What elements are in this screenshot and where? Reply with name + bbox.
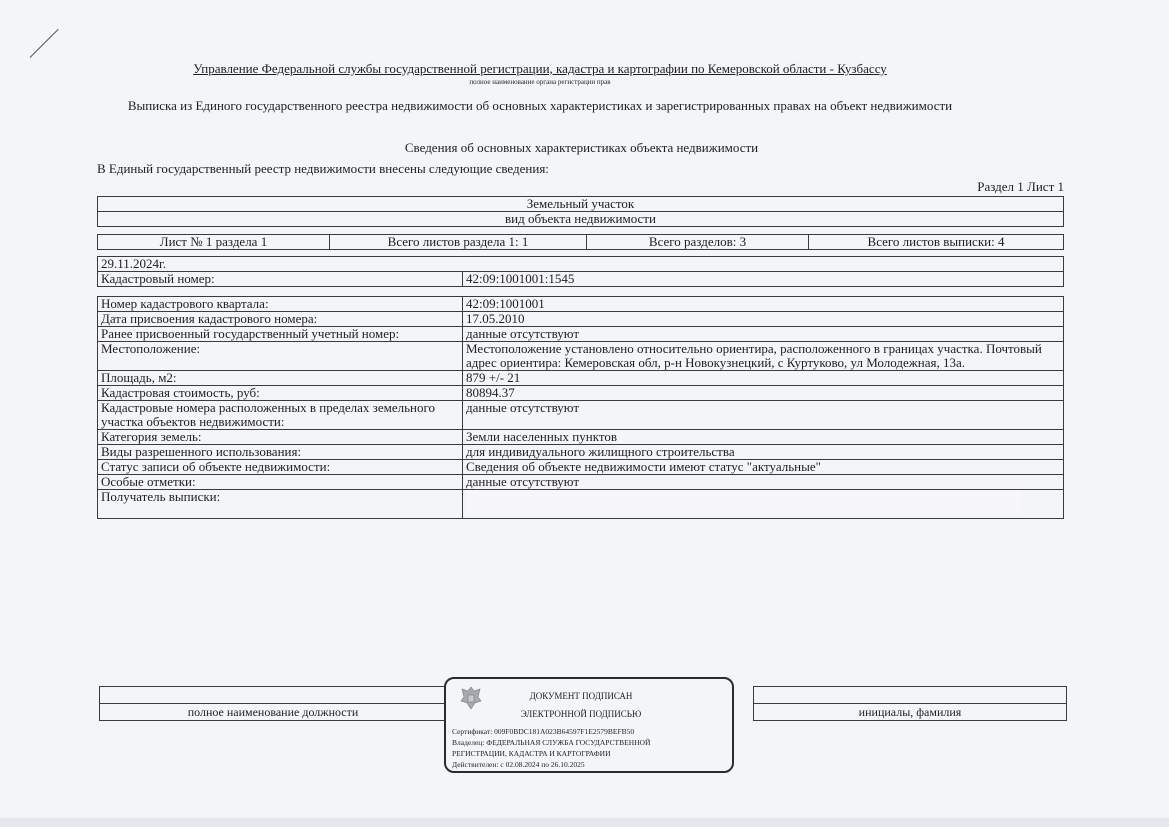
row-label: Ранее присвоенный государственный учетны… — [98, 327, 463, 342]
row-value: Сведения об объекте недвижимости имеют с… — [463, 460, 1064, 475]
sheets-info-table: Лист № 1 раздела 1 Всего листов раздела … — [97, 234, 1064, 250]
intro-text: В Единый государственный реестр недвижим… — [97, 161, 549, 177]
table-row: Особые отметки: данные отсутствуют — [98, 475, 1064, 490]
table-row: Площадь, м2: 879 +/- 21 — [98, 371, 1064, 386]
total-sections: Всего разделов: 3 — [587, 235, 809, 250]
row-value: для индивидуального жилищного строительс… — [463, 445, 1064, 460]
position-caption: полное наименование должности — [100, 704, 447, 721]
name-caption: инициалы, фамилия — [754, 704, 1067, 721]
registration-authority-caption: полное наименование органа регистрации п… — [0, 78, 1080, 86]
row-label: Кадастровая стоимость, руб: — [98, 386, 463, 401]
object-type-table: Земельный участок вид объекта недвижимос… — [97, 196, 1064, 227]
table-row: Получатель выписки: — [98, 490, 1064, 519]
row-label: Статус записи об объекте недвижимости: — [98, 460, 463, 475]
sheet-number: Лист № 1 раздела 1 — [98, 235, 330, 250]
cadastral-number-table: 29.11.2024г. Кадастровый номер: 42:09:10… — [97, 256, 1064, 287]
document-page: Управление Федеральной службы государств… — [0, 0, 1169, 827]
cadastral-number-value: 42:09:1001001:1545 — [463, 272, 1064, 287]
row-value: Местоположение установлено относительно … — [463, 342, 1064, 371]
characteristics-table: Номер кадастрового квартала: 42:09:10010… — [97, 296, 1064, 519]
stamp-owner-line2: РЕГИСТРАЦИИ, КАДАСТРА И КАРТОГРАФИИ — [452, 749, 611, 758]
row-value: данные отсутствуют — [463, 327, 1064, 342]
table-row: Номер кадастрового квартала: 42:09:10010… — [98, 297, 1064, 312]
row-label: Особые отметки: — [98, 475, 463, 490]
stamp-certificate: Сертификат: 009F0BDC181A023B64597F1E2579… — [452, 727, 634, 736]
table-row: Кадастровые номера расположенных в преде… — [98, 401, 1064, 430]
scan-bottom-edge — [0, 818, 1169, 827]
table-row: Категория земель: Земли населенных пункт… — [98, 430, 1064, 445]
row-label: Местоположение: — [98, 342, 463, 371]
stamp-owner-line1: Владелец: ФЕДЕРАЛЬНАЯ СЛУЖБА ГОСУДАРСТВЕ… — [452, 738, 650, 747]
receiver-value-redacted — [463, 490, 1064, 519]
row-value: 80894.37 — [463, 386, 1064, 401]
stamp-title-line2: ЭЛЕКТРОННОЙ ПОДПИСЬЮ — [446, 709, 716, 719]
stamp-title-line1: ДОКУМЕНТ ПОДПИСАН — [446, 691, 716, 701]
redaction-block — [466, 490, 1021, 514]
total-sheets: Всего листов выписки: 4 — [809, 235, 1064, 250]
registration-authority-name: Управление Федеральной службы государств… — [0, 61, 1080, 77]
row-value: 42:09:1001001 — [463, 297, 1064, 312]
row-value: 17.05.2010 — [463, 312, 1064, 327]
object-type: Земельный участок — [98, 197, 1064, 212]
row-label: Номер кадастрового квартала: — [98, 297, 463, 312]
row-label: Площадь, м2: — [98, 371, 463, 386]
row-label: Получатель выписки: — [98, 490, 463, 519]
row-value: Земли населенных пунктов — [463, 430, 1064, 445]
stamp-validity: Действителен: с 02.08.2024 по 26.10.2025 — [452, 760, 585, 769]
row-label: Категория земель: — [98, 430, 463, 445]
table-row: Дата присвоения кадастрового номера: 17.… — [98, 312, 1064, 327]
row-value: данные отсутствуют — [463, 475, 1064, 490]
table-row: Статус записи об объекте недвижимости: С… — [98, 460, 1064, 475]
table-row: Кадастровая стоимость, руб: 80894.37 — [98, 386, 1064, 401]
extract-date: 29.11.2024г. — [98, 257, 1064, 272]
table-row: Местоположение: Местоположение установле… — [98, 342, 1064, 371]
cadastral-number-label: Кадастровый номер: — [98, 272, 463, 287]
table-row: Ранее присвоенный государственный учетны… — [98, 327, 1064, 342]
page-corner-mark — [30, 29, 59, 58]
row-value: 879 +/- 21 — [463, 371, 1064, 386]
row-label: Кадастровые номера расположенных в преде… — [98, 401, 463, 430]
total-section-sheets: Всего листов раздела 1: 1 — [330, 235, 587, 250]
row-label: Виды разрешенного использования: — [98, 445, 463, 460]
row-label: Дата присвоения кадастрового номера: — [98, 312, 463, 327]
document-title: Выписка из Единого государственного реес… — [0, 98, 1080, 114]
section-sheet-reference: Раздел 1 Лист 1 — [977, 179, 1064, 195]
electronic-signature-stamp: ДОКУМЕНТ ПОДПИСАН ЭЛЕКТРОННОЙ ПОДПИСЬЮ С… — [444, 677, 734, 773]
object-type-caption: вид объекта недвижимости — [98, 212, 1064, 227]
row-value: данные отсутствуют — [463, 401, 1064, 430]
table-row: Виды разрешенного использования: для инд… — [98, 445, 1064, 460]
section-title: Сведения об основных характеристиках объ… — [0, 140, 1163, 156]
